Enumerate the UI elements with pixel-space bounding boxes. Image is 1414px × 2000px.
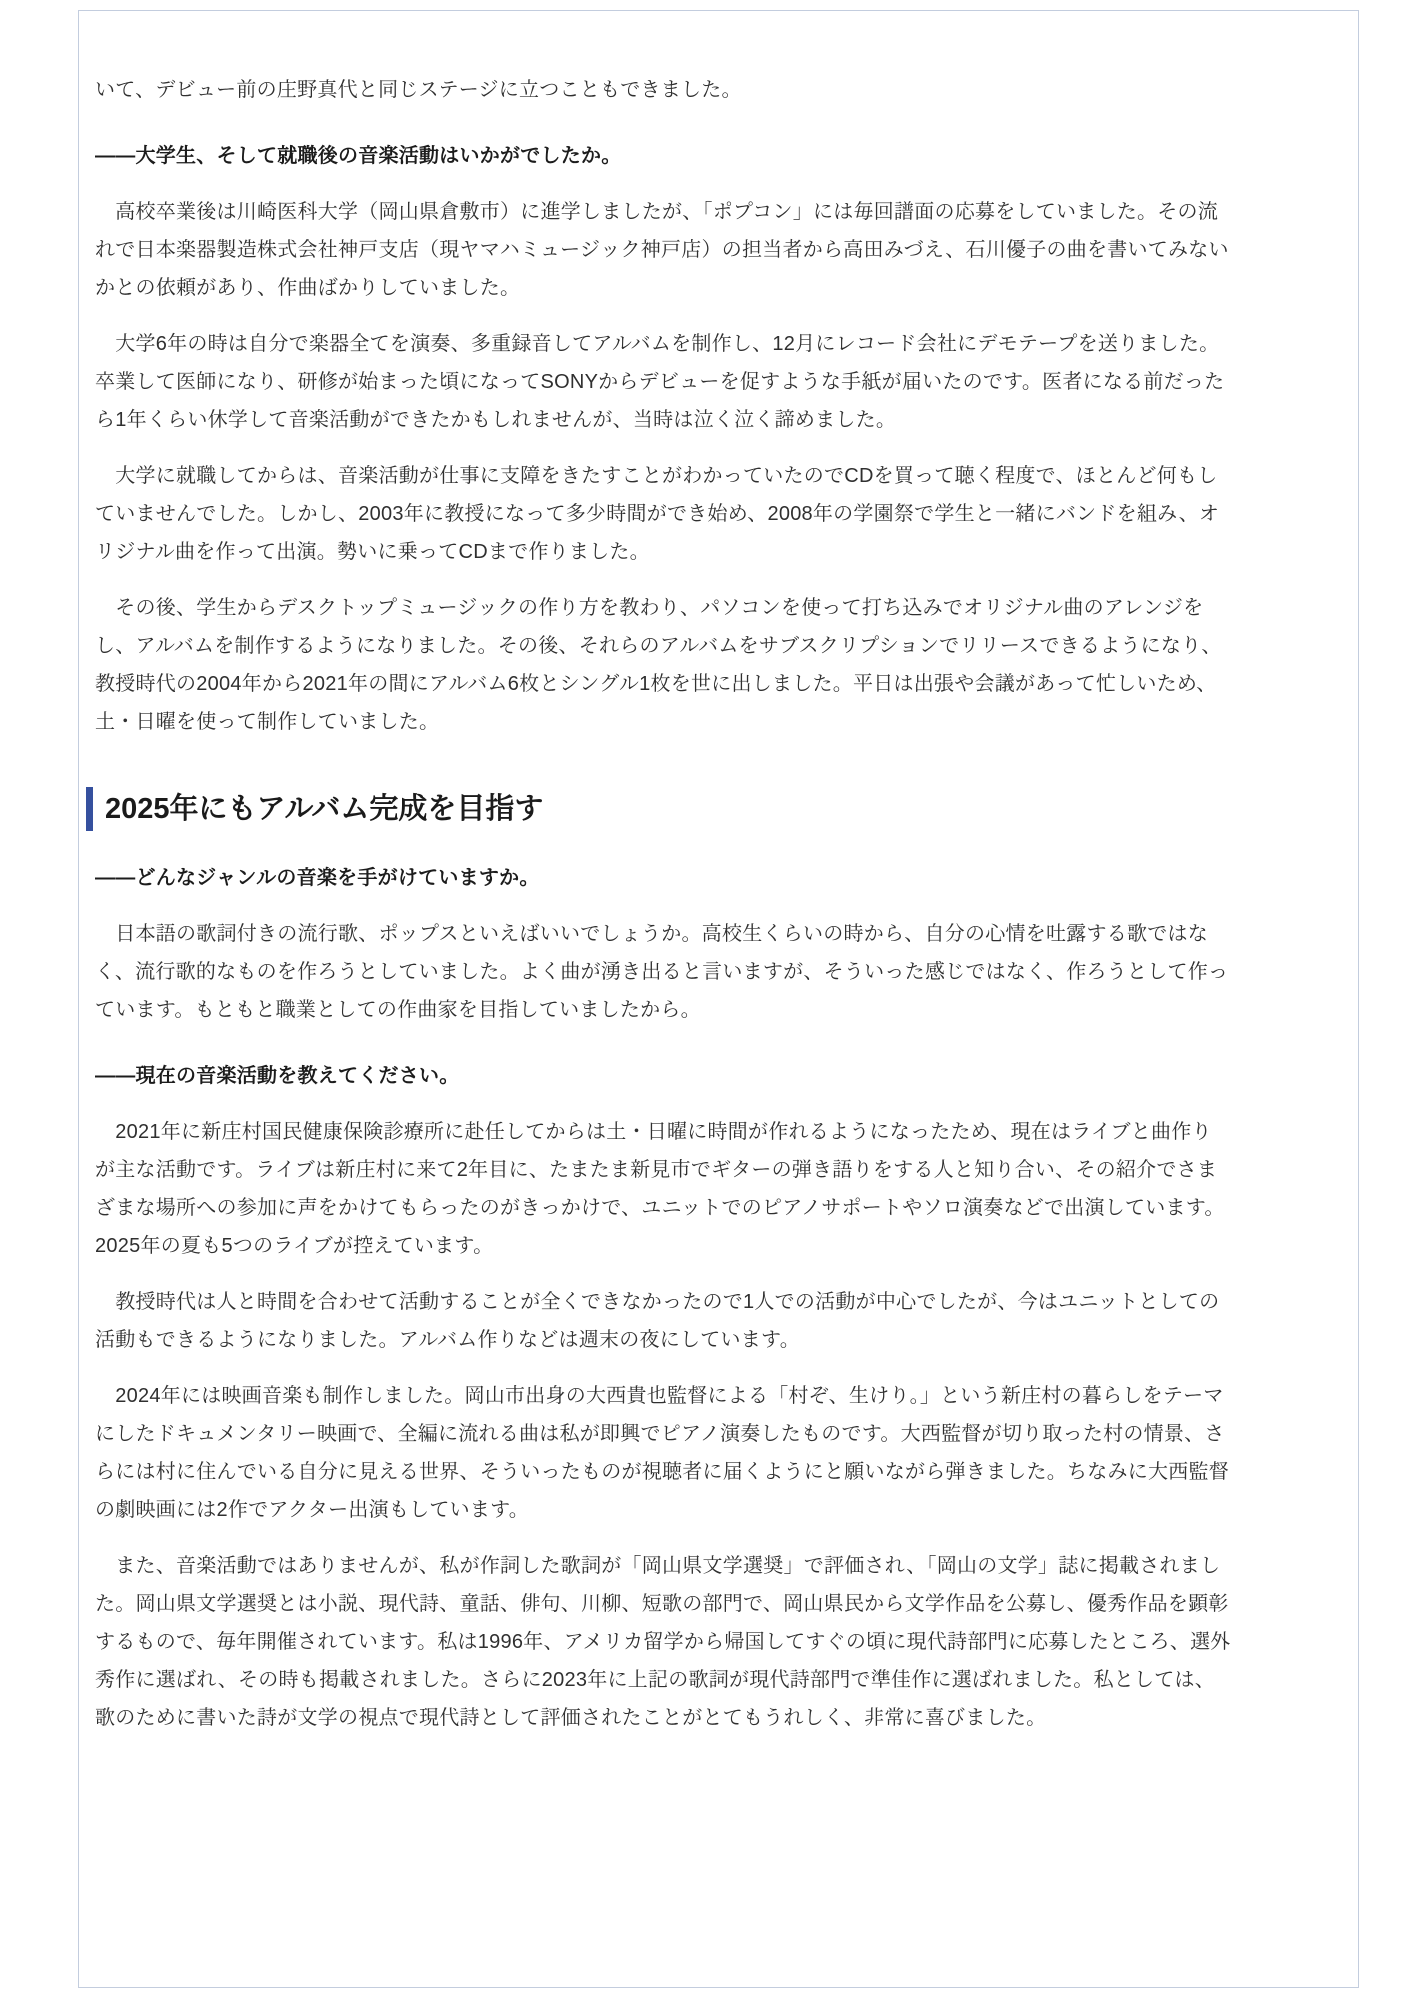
interview-question: ——現在の音楽活動を教えてください。 <box>95 1057 1231 1095</box>
paragraph: 2024年には映画音楽も制作しました。岡山市出身の大西貴也監督による「村ぞ、生け… <box>95 1377 1231 1529</box>
article-page: いて、デビュー前の庄野真代と同じステージに立つこともできました。 ——大学生、そ… <box>78 10 1359 1988</box>
section-heading: 2025年にもアルバム完成を目指す <box>86 787 1231 831</box>
interview-question: ——どんなジャンルの音楽を手がけていますか。 <box>95 859 1231 897</box>
paragraph-continuation: いて、デビュー前の庄野真代と同じステージに立つこともできました。 <box>95 71 1231 109</box>
heading-accent-bar <box>86 787 93 831</box>
interview-question: ——大学生、そして就職後の音楽活動はいかがでしたか。 <box>95 137 1231 175</box>
paragraph: 日本語の歌詞付きの流行歌、ポップスといえばいいでしょうか。高校生くらいの時から、… <box>95 915 1231 1029</box>
paragraph: 高校卒業後は川崎医科大学（岡山県倉敷市）に進学しましたが、「ポプコン」には毎回譜… <box>95 193 1231 307</box>
paragraph: また、音楽活動ではありませんが、私が作詞した歌詞が「岡山県文学選奨」で評価され、… <box>95 1547 1231 1737</box>
section-heading-text: 2025年にもアルバム完成を目指す <box>105 787 543 831</box>
paragraph: 2021年に新庄村国民健康保険診療所に赴任してからは土・日曜に時間が作れるように… <box>95 1113 1231 1265</box>
paragraph: 大学6年の時は自分で楽器全てを演奏、多重録音してアルバムを制作し、12月にレコー… <box>95 325 1231 439</box>
paragraph: その後、学生からデスクトップミュージックの作り方を教わり、パソコンを使って打ち込… <box>95 589 1231 741</box>
paragraph: 教授時代は人と時間を合わせて活動することが全くできなかったので1人での活動が中心… <box>95 1283 1231 1359</box>
paragraph: 大学に就職してからは、音楽活動が仕事に支障をきたすことがわかっていたのでCDを買… <box>95 457 1231 571</box>
